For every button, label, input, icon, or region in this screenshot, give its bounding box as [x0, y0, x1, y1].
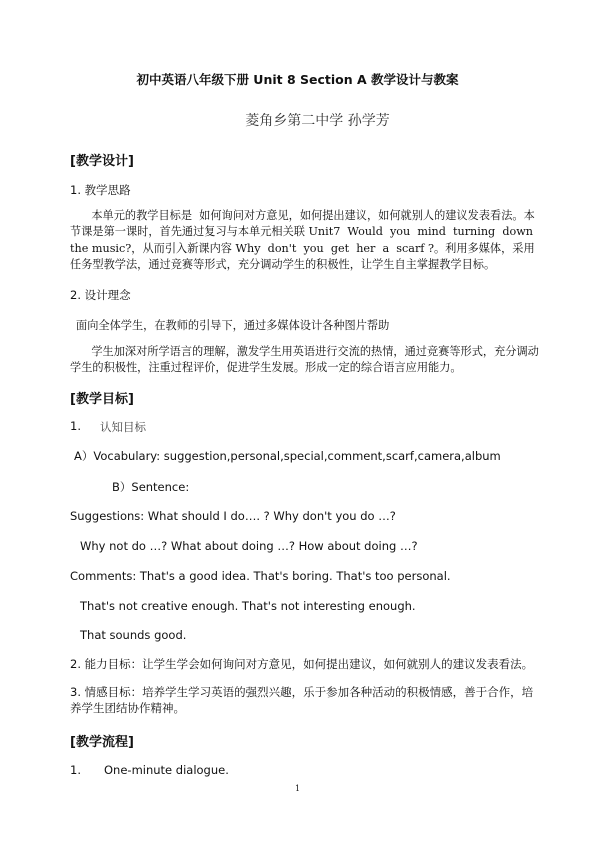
design-item-1-paragraph: 本单元的教学目标是 如何询问对方意见，如何提出建议，如何就别人的建议发表看法。本… — [70, 208, 540, 273]
design-item-2-label: 2. 设计理念 — [70, 287, 131, 303]
author-line: 菱角乡第二中学 孙学芳 — [0, 110, 595, 130]
section-heading-design: [教学设计] — [70, 150, 134, 169]
vocabulary-line: A）Vocabulary: suggestion,personal,specia… — [74, 448, 501, 464]
section-heading-goals: [教学目标] — [70, 388, 134, 407]
document-title: 初中英语八年级下册 Unit 8 Section A 教学设计与教案 — [0, 70, 595, 88]
comments-line-1: Comments: That's a good idea. That's bor… — [70, 569, 451, 583]
process-item-1-number: 1. — [70, 763, 81, 777]
comments-line-2: That's not creative enough. That's not i… — [80, 599, 416, 613]
comments-line-3: That sounds good. — [80, 628, 186, 642]
design-item-2-line: 面向全体学生，在教师的引导下，通过多媒体设计各种图片帮助 — [76, 317, 389, 333]
section-heading-process: [教学流程] — [70, 731, 134, 750]
suggestions-line-1: Suggestions: What should I do…. ? Why do… — [70, 509, 396, 523]
design-item-1-label: 1. 教学思路 — [70, 182, 131, 198]
goals-item-3: 3. 情感目标：培养学生学习英语的强烈兴趣，乐于参加各种活动的积极情感，善于合作… — [70, 684, 540, 717]
page-number: 1 — [0, 784, 595, 793]
design-item-2-paragraph: 学生加深对所学语言的理解，激发学生用英语进行交流的热情，通过竞赛等形式，充分调动… — [70, 344, 540, 377]
process-item-1-label: One-minute dialogue. — [104, 763, 229, 777]
sentence-label: B）Sentence: — [112, 479, 189, 495]
suggestions-line-2: Why not do …? What about doing …? How ab… — [80, 539, 418, 553]
goals-item-1-label: 认知目标 — [100, 419, 146, 435]
goals-item-2: 2. 能力目标：让学生学会如何询问对方意见，如何提出建议，如何就别人的建议发表看… — [70, 656, 533, 672]
goals-item-1-number: 1. — [70, 419, 81, 433]
